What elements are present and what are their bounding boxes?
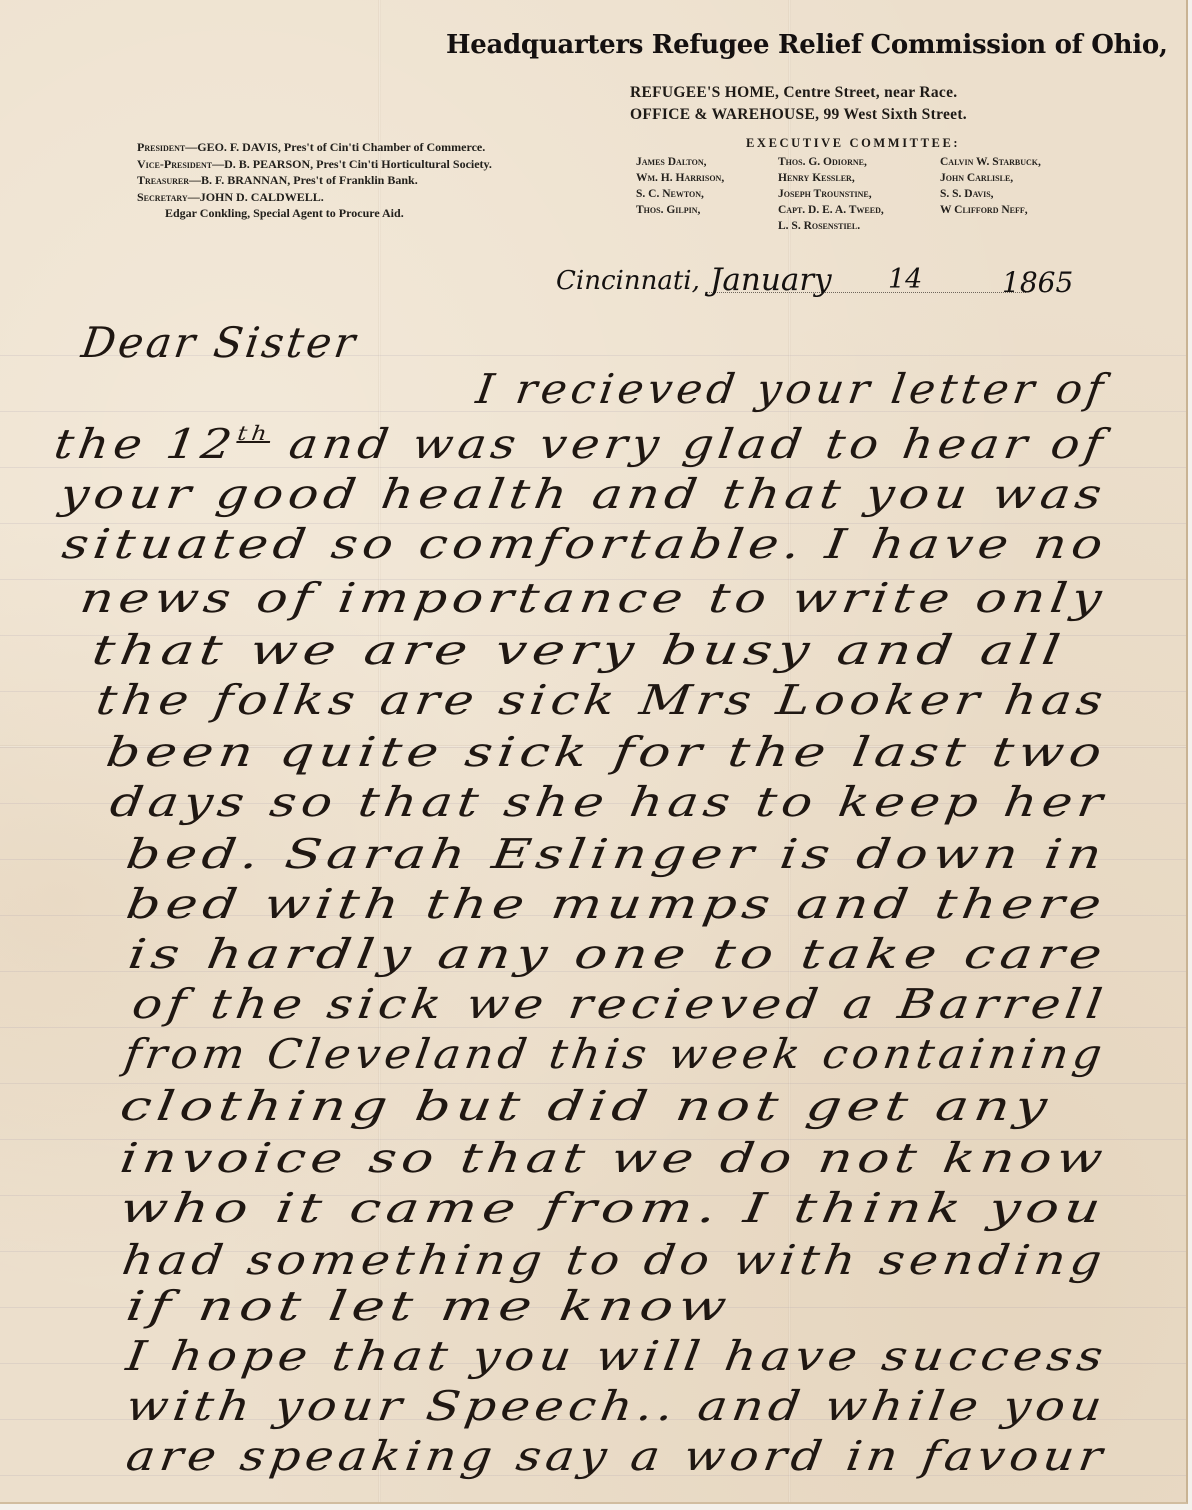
letter-line: from Cleveland this week containing bbox=[121, 1030, 1109, 1078]
letter-line: bed. Sarah Eslinger is down in bbox=[123, 830, 1110, 878]
committee-member: S. C. Newton, bbox=[636, 186, 724, 202]
letter-line: I recieved your letter of bbox=[473, 365, 1110, 413]
letter-line: situated so comfortable. I have no bbox=[59, 520, 1110, 568]
dateline-day: 14 bbox=[888, 264, 922, 295]
letter-page: Headquarters Refugee Relief Commission o… bbox=[0, 0, 1188, 1504]
officer-vice-president: Vice-President—D. B. PEARSON, Pres't Cin… bbox=[137, 156, 492, 173]
letter-line: is hardly any one to take care bbox=[125, 930, 1110, 978]
letter-line: invoice so that we do not know bbox=[117, 1134, 1110, 1182]
committee-member: W Clifford Neff, bbox=[940, 202, 1041, 218]
executive-committee-heading: EXECUTIVE COMMITTEE: bbox=[746, 136, 960, 151]
letter-line: had something to do with sending bbox=[119, 1236, 1109, 1284]
committee-member: Thos. Gilpin, bbox=[636, 202, 724, 218]
dateline: Cincinnati, January 14 1865 bbox=[556, 262, 1086, 302]
dateline-month: January bbox=[710, 262, 832, 298]
letter-line: news of importance to write only bbox=[77, 574, 1109, 622]
letterhead-title: Headquarters Refugee Relief Commission o… bbox=[446, 30, 1096, 60]
committee-member: John Carlisle, bbox=[940, 170, 1041, 186]
officers-list: President—GEO. F. DAVIS, Pres't of Cin't… bbox=[137, 139, 492, 222]
officer-president: President—GEO. F. DAVIS, Pres't of Cin't… bbox=[137, 139, 492, 156]
letter-line: the folks are sick Mrs Looker has bbox=[93, 676, 1110, 724]
executive-committee-column-1: James Dalton, Wm. H. Harrison, S. C. New… bbox=[636, 154, 724, 218]
letter-line: who it came from. I think you bbox=[117, 1184, 1109, 1232]
committee-member: Henry Kessler, bbox=[778, 170, 884, 186]
committee-member: Joseph Trounstine, bbox=[778, 186, 884, 202]
letter-line: of the sick we recieved a Barrell bbox=[129, 980, 1110, 1028]
committee-member: S. S. Davis, bbox=[940, 186, 1041, 202]
letter-line: I hope that you will have success bbox=[123, 1332, 1110, 1380]
letter-line: the 12th and was very glad to hear of bbox=[51, 420, 1110, 468]
letter-line: if not let me know bbox=[123, 1282, 735, 1330]
committee-member: James Dalton, bbox=[636, 154, 724, 170]
letter-line: been quite sick for the last two bbox=[103, 728, 1109, 776]
committee-member: Capt. D. E. A. Tweed, bbox=[778, 202, 884, 218]
executive-committee-column-3: Calvin W. Starbuck, John Carlisle, S. S.… bbox=[940, 154, 1041, 218]
letter-line: with your Speech.. and while you bbox=[123, 1382, 1109, 1430]
letter-line: are speaking say a word in favour bbox=[123, 1432, 1110, 1480]
salutation: Dear Sister bbox=[79, 318, 361, 367]
letter-line: your good health and that you was bbox=[57, 470, 1109, 518]
letter-line: that we are very busy and all bbox=[89, 626, 1068, 674]
letter-line: days so that she has to keep her bbox=[107, 778, 1110, 826]
letter-line: clothing but did not get any bbox=[117, 1082, 1055, 1130]
letterhead-office-address: OFFICE & WAREHOUSE, 99 West Sixth Street… bbox=[630, 106, 967, 124]
dateline-city: Cincinnati, bbox=[556, 266, 700, 296]
committee-member: Wm. H. Harrison, bbox=[636, 170, 724, 186]
dateline-year: 1865 bbox=[1002, 266, 1073, 299]
letter-line: bed with the mumps and there bbox=[123, 880, 1109, 928]
committee-member: L. S. Rosenstiel. bbox=[778, 218, 884, 234]
letterhead-home-address: REFUGEE'S HOME, Centre Street, near Race… bbox=[630, 84, 957, 102]
officer-treasurer: Treasurer—B. F. BRANNAN, Pres't of Frank… bbox=[137, 172, 492, 189]
committee-member: Thos. G. Odiorne, bbox=[778, 154, 884, 170]
committee-member: Calvin W. Starbuck, bbox=[940, 154, 1041, 170]
executive-committee-column-2: Thos. G. Odiorne, Henry Kessler, Joseph … bbox=[778, 154, 884, 234]
special-agent: Edgar Conkling, Special Agent to Procure… bbox=[137, 205, 492, 222]
officer-secretary: Secretary—JOHN D. CALDWELL. bbox=[137, 189, 492, 206]
